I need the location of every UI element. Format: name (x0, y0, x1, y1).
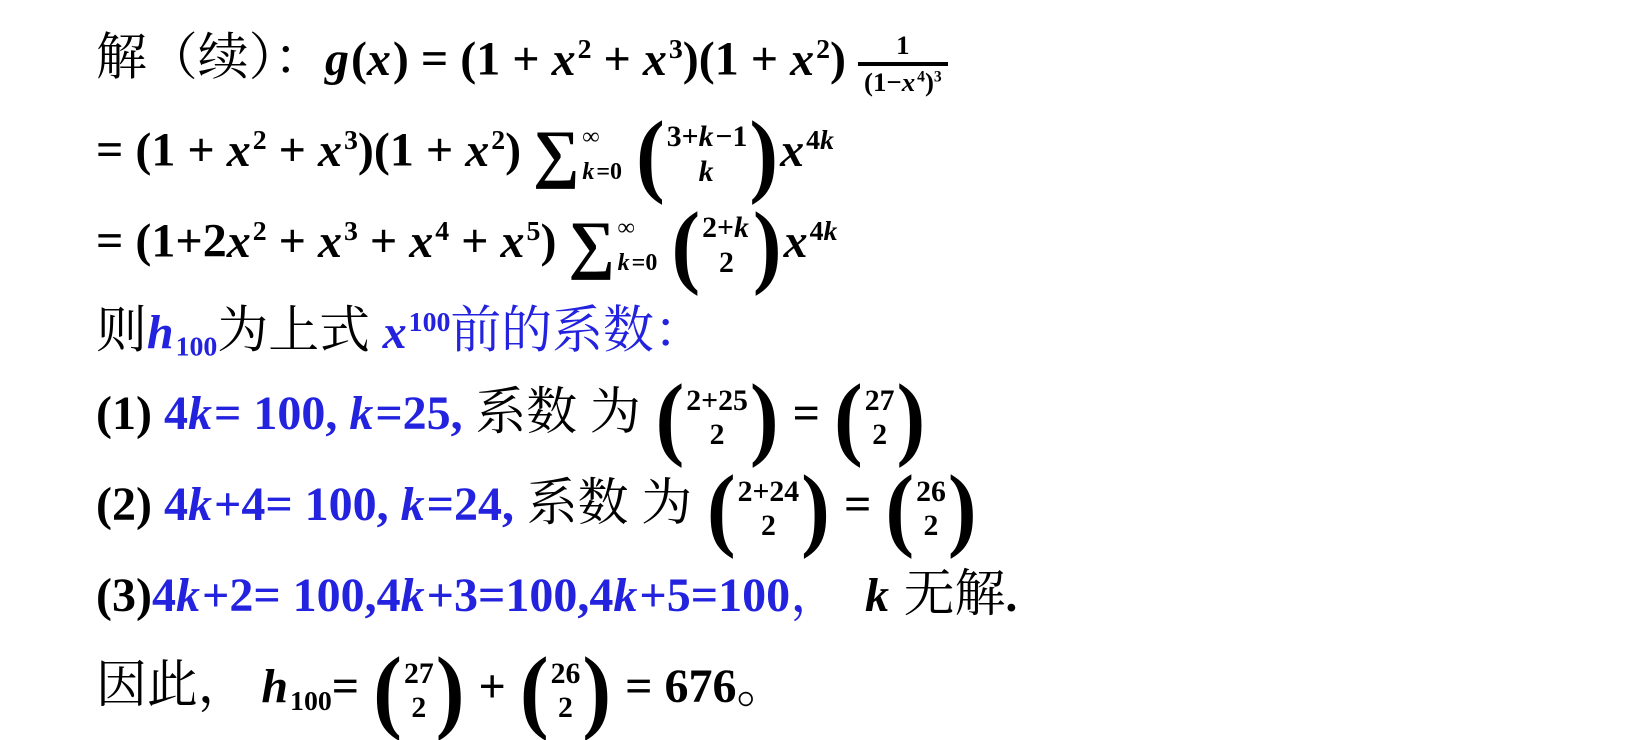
subscript: 100 (176, 331, 218, 362)
binomial-top: 3+k−1 (667, 120, 748, 154)
superscript: 2 (253, 216, 267, 247)
math-text: 4 (806, 125, 820, 156)
math-text: 100 (290, 686, 332, 717)
math-variable: g (325, 33, 351, 86)
math-variable: x (552, 33, 578, 86)
right-paren-icon: ) (750, 376, 779, 460)
math-text: =0 (596, 159, 622, 185)
solution-line-7: (3)4k+2= 100,4k+3=100,4k+5=100， k 无解. (96, 550, 1648, 641)
math-text: = (781, 387, 832, 440)
right-paren-icon: ) (801, 467, 830, 551)
math-variable: x (318, 215, 344, 268)
math-variable: k (188, 478, 214, 531)
superscript: 3 (344, 216, 358, 247)
binomial-coefficient: (262) (885, 470, 976, 548)
math-variable: k (699, 120, 716, 153)
left-paren-icon: ( (655, 376, 684, 460)
superscript: 4k (810, 216, 840, 247)
math-text: ) (830, 33, 858, 86)
math-text: 2 (411, 691, 426, 724)
binomial-bottom: 2 (710, 418, 725, 452)
math-text: 26 (551, 657, 581, 690)
superscript: 2 (816, 34, 830, 65)
math-variable: k (349, 387, 375, 440)
sum-limits: ∞k=0 (615, 215, 658, 277)
superscript: 5 (527, 216, 541, 247)
math-text: = (832, 478, 883, 531)
binomial-stack: 272 (402, 657, 436, 725)
math-text: =25, (375, 387, 462, 440)
cjk-text: 因此， (96, 658, 261, 714)
math-text: +2= 100, (202, 569, 377, 622)
cjk-text: 前的系数： (450, 304, 704, 360)
math-text: ∞ (582, 124, 599, 150)
math-text: 3 (934, 68, 942, 85)
cjk-text: 为上式 (217, 304, 382, 360)
solution-line-4: 则h100为上式 x100前的系数： (96, 277, 1648, 368)
superscript: 2 (491, 125, 505, 156)
binomial-stack: 3+k−1k (665, 120, 750, 188)
math-text: (1) (96, 387, 164, 440)
math-variable: k (582, 159, 596, 185)
binomial-coefficient: (2+242) (707, 470, 830, 548)
math-text: 3+ (667, 120, 699, 153)
math-solution-slide: 解（续）：g(x) = (1 + x2 + x3)(1 + x2) 1(1−x4… (0, 0, 1648, 732)
math-text: + (358, 215, 409, 268)
binomial-top: 2+24 (738, 475, 800, 509)
solution-line-3: = (1+2x2 + x3 + x4 + x5) ∑∞k=0 (2+k2)x4k (96, 186, 1648, 277)
cjk-text: 系数 为 (463, 385, 654, 441)
sum-upper-limit: ∞ (582, 125, 622, 149)
math-text: . (1005, 569, 1017, 622)
math-text: + (592, 33, 643, 86)
cjk-text: 无解 (891, 567, 1005, 623)
right-paren-icon: ) (582, 649, 611, 733)
math-variable: k (401, 478, 427, 531)
math-text: +3=100, (427, 569, 590, 622)
binomial-top: 27 (404, 657, 434, 691)
right-paren-icon: ) (948, 467, 977, 551)
math-variable: x (780, 124, 806, 177)
math-text: 2 (253, 216, 267, 247)
math-text: 26 (916, 475, 946, 508)
cjk-text: 。 (737, 658, 788, 714)
math-text: + (466, 660, 517, 713)
superscript: 3 (344, 125, 358, 156)
summation: ∑∞k=0 (568, 215, 657, 277)
subscript: 100 (290, 686, 332, 717)
math-text: = (1 + (96, 124, 227, 177)
left-paren-icon: ( (373, 649, 402, 733)
superscript: 4 (435, 216, 449, 247)
math-text (622, 124, 634, 177)
math-text: = (332, 660, 371, 713)
math-variable: h (147, 306, 176, 359)
binomial-top: 27 (865, 384, 895, 418)
math-text: )(1 + (358, 124, 465, 177)
binomial-stack: 2+242 (736, 475, 802, 543)
math-variable: k (865, 569, 891, 622)
binomial-stack: 2+k2 (700, 211, 753, 279)
solution-line-6: (2) 4k+4= 100, k=24, 系数 为 (2+242) = (262… (96, 459, 1648, 550)
math-text: 2 (761, 509, 776, 542)
summation: ∑∞k=0 (533, 124, 622, 186)
math-text: 2+24 (738, 475, 800, 508)
math-variable: x (643, 33, 669, 86)
binomial-bottom: k (699, 155, 716, 189)
math-text: 2 (924, 509, 939, 542)
math-text: −1 (716, 120, 748, 153)
sum-lower-limit: k=0 (618, 251, 658, 275)
math-text (841, 569, 865, 622)
sum-upper-limit: ∞ (618, 216, 658, 240)
superscript: 4 (917, 68, 925, 85)
superscript: 4k (806, 125, 836, 156)
math-text: 4 (435, 216, 449, 247)
math-variable: x (227, 215, 253, 268)
superscript: 2 (578, 34, 592, 65)
binomial-stack: 262 (914, 475, 948, 543)
math-text: ) (925, 67, 934, 97)
math-variable: x (227, 124, 253, 177)
superscript: 100 (409, 307, 451, 338)
cjk-text: 则 (96, 304, 147, 360)
left-paren-icon: ( (885, 467, 914, 551)
math-text: ) (540, 215, 568, 268)
math-text: 3 (669, 34, 683, 65)
math-text: 4 (589, 569, 613, 622)
binomial-stack: 262 (549, 657, 583, 725)
superscript: 3 (934, 68, 942, 85)
math-variable: k (820, 125, 836, 156)
binomial-coefficient: (262) (520, 652, 611, 730)
math-variable: x (790, 33, 816, 86)
superscript: 2 (253, 125, 267, 156)
cjk-text: 解（续）： (96, 31, 325, 87)
math-text: 2 (491, 125, 505, 156)
cjk-text: ， (790, 567, 841, 623)
math-text: +4= 100, (214, 478, 401, 531)
binomial-top: 2+k (702, 211, 751, 245)
right-paren-icon: ) (749, 113, 778, 197)
left-paren-icon: ( (707, 467, 736, 551)
math-text: )(1 + (683, 33, 790, 86)
binomial-stack: 2+252 (684, 384, 750, 452)
math-variable: k (824, 216, 840, 247)
math-text: = 676 (613, 660, 736, 713)
math-variable: x (501, 215, 527, 268)
math-text: 2 (578, 34, 592, 65)
solution-line-2: = (1 + x2 + x3)(1 + x2) ∑∞k=0 (3+k−1k)x4… (96, 95, 1648, 186)
math-text: 100 (409, 307, 451, 338)
math-text: =24, (427, 478, 514, 531)
math-variable: x (367, 33, 393, 86)
math-text: 2 (558, 691, 573, 724)
math-variable: k (176, 569, 202, 622)
left-paren-icon: ( (636, 113, 665, 197)
fraction-denominator: (1−x4)3 (858, 62, 948, 98)
superscript: 3 (669, 34, 683, 65)
binomial-top: 26 (551, 657, 581, 691)
math-text: 4 (164, 387, 188, 440)
math-text: 2 (816, 34, 830, 65)
right-paren-icon: ) (436, 649, 465, 733)
math-variable: k (734, 211, 751, 244)
math-text: 2 (710, 418, 725, 451)
binomial-coefficient: (2+k2) (671, 207, 781, 285)
math-variable: x (465, 124, 491, 177)
binomial-coefficient: (272) (834, 379, 925, 457)
solution-line-8: 因此， h100= (272) + (262) = 676。 (96, 641, 1648, 732)
math-text: 2+ (702, 211, 734, 244)
binomial-bottom: 2 (924, 509, 939, 543)
math-text: 3 (344, 216, 358, 247)
sigma-icon: ∑ (533, 124, 579, 186)
solution-line-1: 解（续）：g(x) = (1 + x2 + x3)(1 + x2) 1(1−x4… (96, 4, 1648, 95)
binomial-stack: 272 (863, 384, 897, 452)
binomial-coefficient: (3+k−1k) (636, 116, 778, 194)
math-text: 4 (810, 216, 824, 247)
math-variable: k (401, 569, 427, 622)
math-text: ∞ (618, 215, 635, 241)
binomial-bottom: 2 (558, 691, 573, 725)
math-text: 1 (896, 30, 909, 60)
math-text: 100 (176, 331, 218, 362)
math-text: 4 (917, 68, 925, 85)
math-variable: x (784, 215, 810, 268)
binomial-bottom: 2 (719, 246, 734, 280)
right-paren-icon: ) (897, 376, 926, 460)
math-text: 2+25 (686, 384, 748, 417)
binomial-top: 2+25 (686, 384, 748, 418)
binomial-bottom: 2 (872, 418, 887, 452)
math-text: 2 (872, 418, 887, 451)
math-text: 4 (152, 569, 176, 622)
sigma-icon: ∑ (568, 215, 614, 277)
math-text (657, 215, 669, 268)
binomial-bottom: 2 (761, 509, 776, 543)
sum-lower-limit: k=0 (582, 160, 622, 184)
math-text: =0 (632, 250, 658, 276)
math-text: ( (351, 33, 367, 86)
math-variable: k (618, 250, 632, 276)
math-variable: x (383, 306, 409, 359)
math-text: 3 (344, 125, 358, 156)
math-variable: k (613, 569, 639, 622)
math-text: + (267, 215, 318, 268)
fraction-numerator: 1 (890, 29, 915, 61)
binomial-bottom: 2 (411, 691, 426, 725)
math-text: ) (505, 124, 533, 177)
math-text: = 100, (214, 387, 349, 440)
math-text: 4 (164, 478, 188, 531)
math-text: 2 (253, 125, 267, 156)
math-variable: k (188, 387, 214, 440)
math-text: = (1+2 (96, 215, 227, 268)
math-variable: k (699, 155, 716, 188)
math-text: + (449, 215, 500, 268)
math-text: (2) (96, 478, 164, 531)
math-text: (3) (96, 569, 152, 622)
sum-limits: ∞k=0 (579, 124, 622, 186)
left-paren-icon: ( (520, 649, 549, 733)
math-text: ) = (1 + (393, 33, 552, 86)
math-variable: h (261, 660, 290, 713)
binomial-coefficient: (272) (373, 652, 464, 730)
left-paren-icon: ( (671, 204, 700, 288)
math-text: +5=100 (639, 569, 790, 622)
left-paren-icon: ( (834, 376, 863, 460)
fraction: 1(1−x4)3 (858, 29, 948, 98)
math-text: 5 (527, 216, 541, 247)
math-text: (1− (864, 67, 902, 97)
math-text: 27 (865, 384, 895, 417)
binomial-top: 26 (916, 475, 946, 509)
math-text: 4 (377, 569, 401, 622)
math-variable: x (409, 215, 435, 268)
math-text: 27 (404, 657, 434, 690)
math-text: + (267, 124, 318, 177)
binomial-coefficient: (2+252) (655, 379, 778, 457)
solution-line-5: (1) 4k= 100, k=25, 系数 为 (2+252) = (272) (96, 368, 1648, 459)
math-text: 2 (719, 246, 734, 279)
math-variable: x (902, 67, 917, 97)
math-variable: x (318, 124, 344, 177)
cjk-text: 系数 为 (514, 476, 705, 532)
right-paren-icon: ) (753, 204, 782, 288)
